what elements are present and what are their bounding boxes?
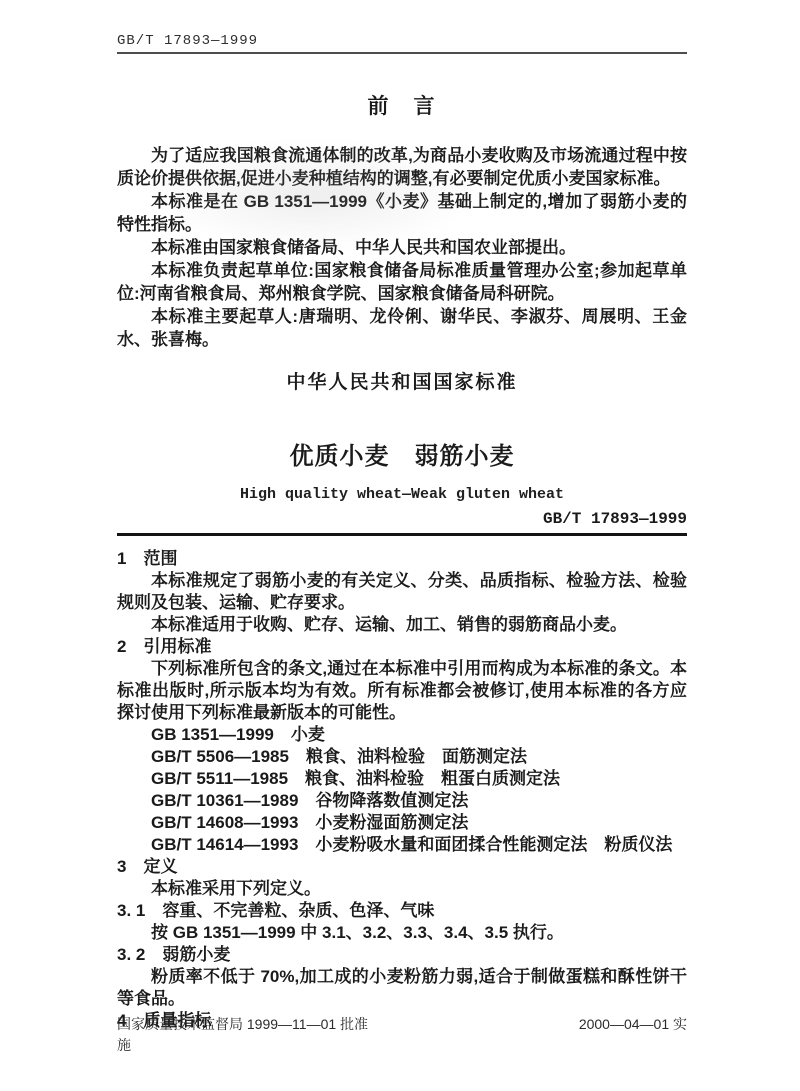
definition-3-1-heading: 3. 1 容重、不完善粒、杂质、色泽、气味 <box>117 900 687 922</box>
reference-item: GB/T 14614—1993 小麦粉吸水量和面团揉合性能测定法 粉质仪法 <box>117 834 687 856</box>
reference-item: GB/T 10361—1989 谷物降落数值测定法 <box>117 790 687 812</box>
foreword-paragraph-4: 本标准负责起草单位:国家粮食储备局标准质量管理办公室;参加起草单位:河南省粮食局… <box>117 259 687 305</box>
foreword-paragraph-2: 本标准是在 GB 1351—1999《小麦》基础上制定的,增加了弱筋小麦的特性指… <box>117 190 687 236</box>
footer-line-1: 国家质量技术监督局 1999—11—01 批准 2000—04—01 实 <box>117 1014 687 1035</box>
section-heading-scope: 1 范围 <box>117 548 687 570</box>
section-scope: 1 范围 本标准规定了弱筋小麦的有关定义、分类、品质指标、检验方法、检验规则及包… <box>117 548 687 1032</box>
definition-3-1-text: 按 GB 1351—1999 中 3.1、3.2、3.3、3.4、3.5 执行。 <box>117 922 687 944</box>
definitions-intro: 本标准采用下列定义。 <box>117 878 687 900</box>
page-header: GB/T 17893—1999 <box>117 33 687 54</box>
reference-item: GB 1351—1999 小麦 <box>117 724 687 746</box>
section-heading-references: 2 引用标准 <box>117 636 687 658</box>
scope-paragraph-2: 本标准适用于收购、贮存、运输、加工、销售的弱筋商品小麦。 <box>117 614 687 636</box>
national-standard-heading: 中华人民共和国国家标准 <box>117 367 687 394</box>
foreword-paragraph-5: 本标准主要起草人:唐瑞明、龙伶俐、谢华民、李淑芬、周展明、王金水、张喜梅。 <box>117 305 687 351</box>
scope-paragraph-1: 本标准规定了弱筋小麦的有关定义、分类、品质指标、检验方法、检验规则及包装、运输、… <box>117 570 687 614</box>
definition-3-2-text: 粉质率不低于 70%,加工成的小麦粉筋力弱,适合于制做蛋糕和酥性饼干等食品。 <box>117 966 687 1010</box>
section-heading-definitions: 3 定义 <box>117 856 687 878</box>
reference-item: GB/T 5511—1985 粮食、油料检验 粗蛋白质测定法 <box>117 768 687 790</box>
footer-line-2: 施 <box>117 1035 687 1056</box>
page-footer: 国家质量技术监督局 1999—11—01 批准 2000—04—01 实 施 <box>117 1014 687 1056</box>
document-page: GB/T 17893—1999 前 言 为了适应我国粮食流通体制的改革,为商品小… <box>0 0 800 1091</box>
references-intro: 下列标准所包含的条文,通过在本标准中引用而构成为本标准的条文。本标准出版时,所示… <box>117 658 687 724</box>
title-divider-rule <box>117 533 687 536</box>
reference-item: GB/T 5506—1985 粮食、油料检验 面筋测定法 <box>117 746 687 768</box>
foreword-paragraph-1: 为了适应我国粮食流通体制的改革,为商品小麦收购及市场流通过程中按质论价提供依据,… <box>117 144 687 190</box>
definition-3-2-heading: 3. 2 弱筋小麦 <box>117 944 687 966</box>
foreword-paragraph-3: 本标准由国家粮食储备局、中华人民共和国农业部提出。 <box>117 236 687 259</box>
standard-title-chinese: 优质小麦 弱筋小麦 <box>117 436 687 471</box>
header-standard-code: GB/T 17893—1999 <box>117 33 687 49</box>
standard-code: GB/T 17893—1999 <box>117 510 687 528</box>
document-body: 前 言 为了适应我国粮食流通体制的改革,为商品小麦收购及市场流通过程中按质论价提… <box>117 90 687 1032</box>
foreword-title: 前 言 <box>117 90 687 120</box>
approval-text: 国家质量技术监督局 1999—11—01 批准 <box>117 1014 368 1035</box>
effective-date-text: 2000—04—01 实 <box>579 1014 687 1035</box>
standard-title-english: High quality wheat—Weak gluten wheat <box>117 486 687 503</box>
reference-item: GB/T 14608—1993 小麦粉湿面筋测定法 <box>117 812 687 834</box>
